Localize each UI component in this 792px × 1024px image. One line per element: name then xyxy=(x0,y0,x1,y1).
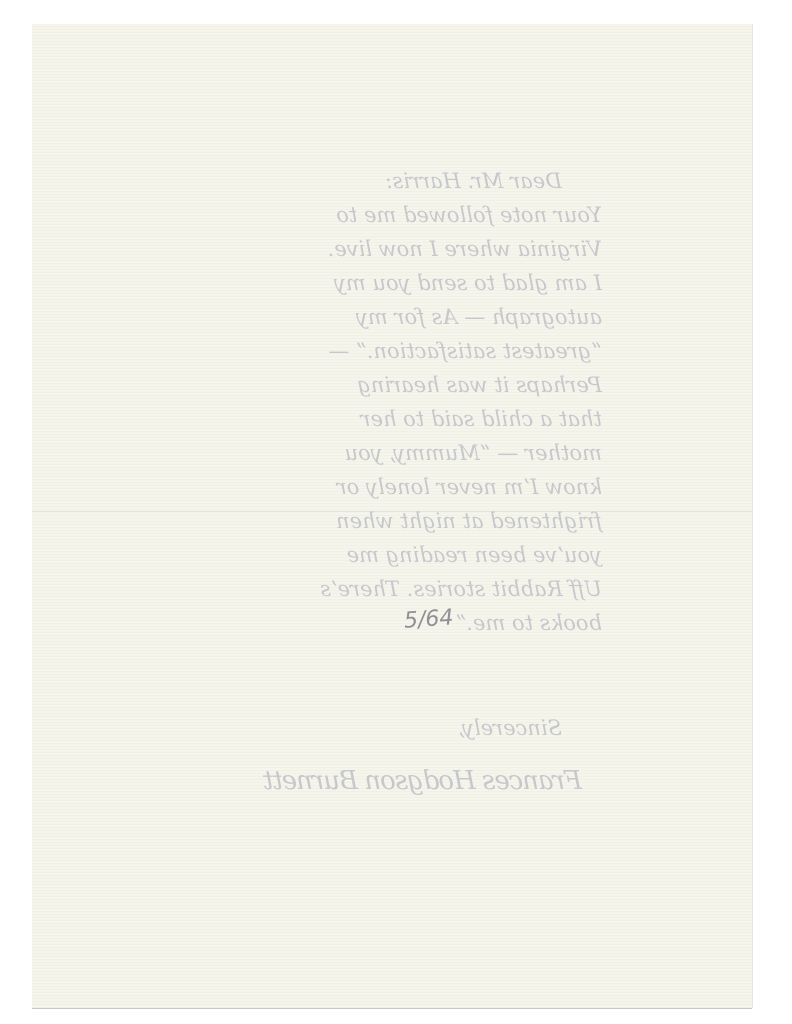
letter-line: I am glad to send you my xyxy=(182,266,602,300)
letter-line: mother — “Mummy, you xyxy=(182,436,602,470)
letter-closing: Sincerely, xyxy=(182,716,602,740)
letter-line: “greatest satisfaction.” — xyxy=(182,334,602,368)
letter-line: Uff Rabbit stories. There’s xyxy=(182,572,602,606)
letter-salutation: Dear Mr. Harris: xyxy=(182,164,602,198)
letter-line: know I’m never lonely or xyxy=(182,470,602,504)
letter-closing-block: Sincerely, Frances Hodgson Burnett xyxy=(182,716,602,796)
letter-line: books to me.” xyxy=(182,606,602,640)
letter-line: Virginia where I now live. xyxy=(182,232,602,266)
letter-line: that a child said to her xyxy=(182,402,602,436)
letter-line: Your note followed me to xyxy=(182,198,602,232)
letter-line: frightened at night when xyxy=(182,504,602,538)
letter-body: Dear Mr. Harris: Your note followed me t… xyxy=(182,164,602,640)
signature: Frances Hodgson Burnett xyxy=(182,766,582,796)
letter-line: autograph — As for my xyxy=(182,300,602,334)
letter-line: you’ve been reading me xyxy=(182,538,602,572)
letter-paper: Dear Mr. Harris: Your note followed me t… xyxy=(32,24,752,1008)
letter-line: Perhaps it was hearing xyxy=(182,368,602,402)
pencil-annotation: 5/64 xyxy=(403,605,454,633)
